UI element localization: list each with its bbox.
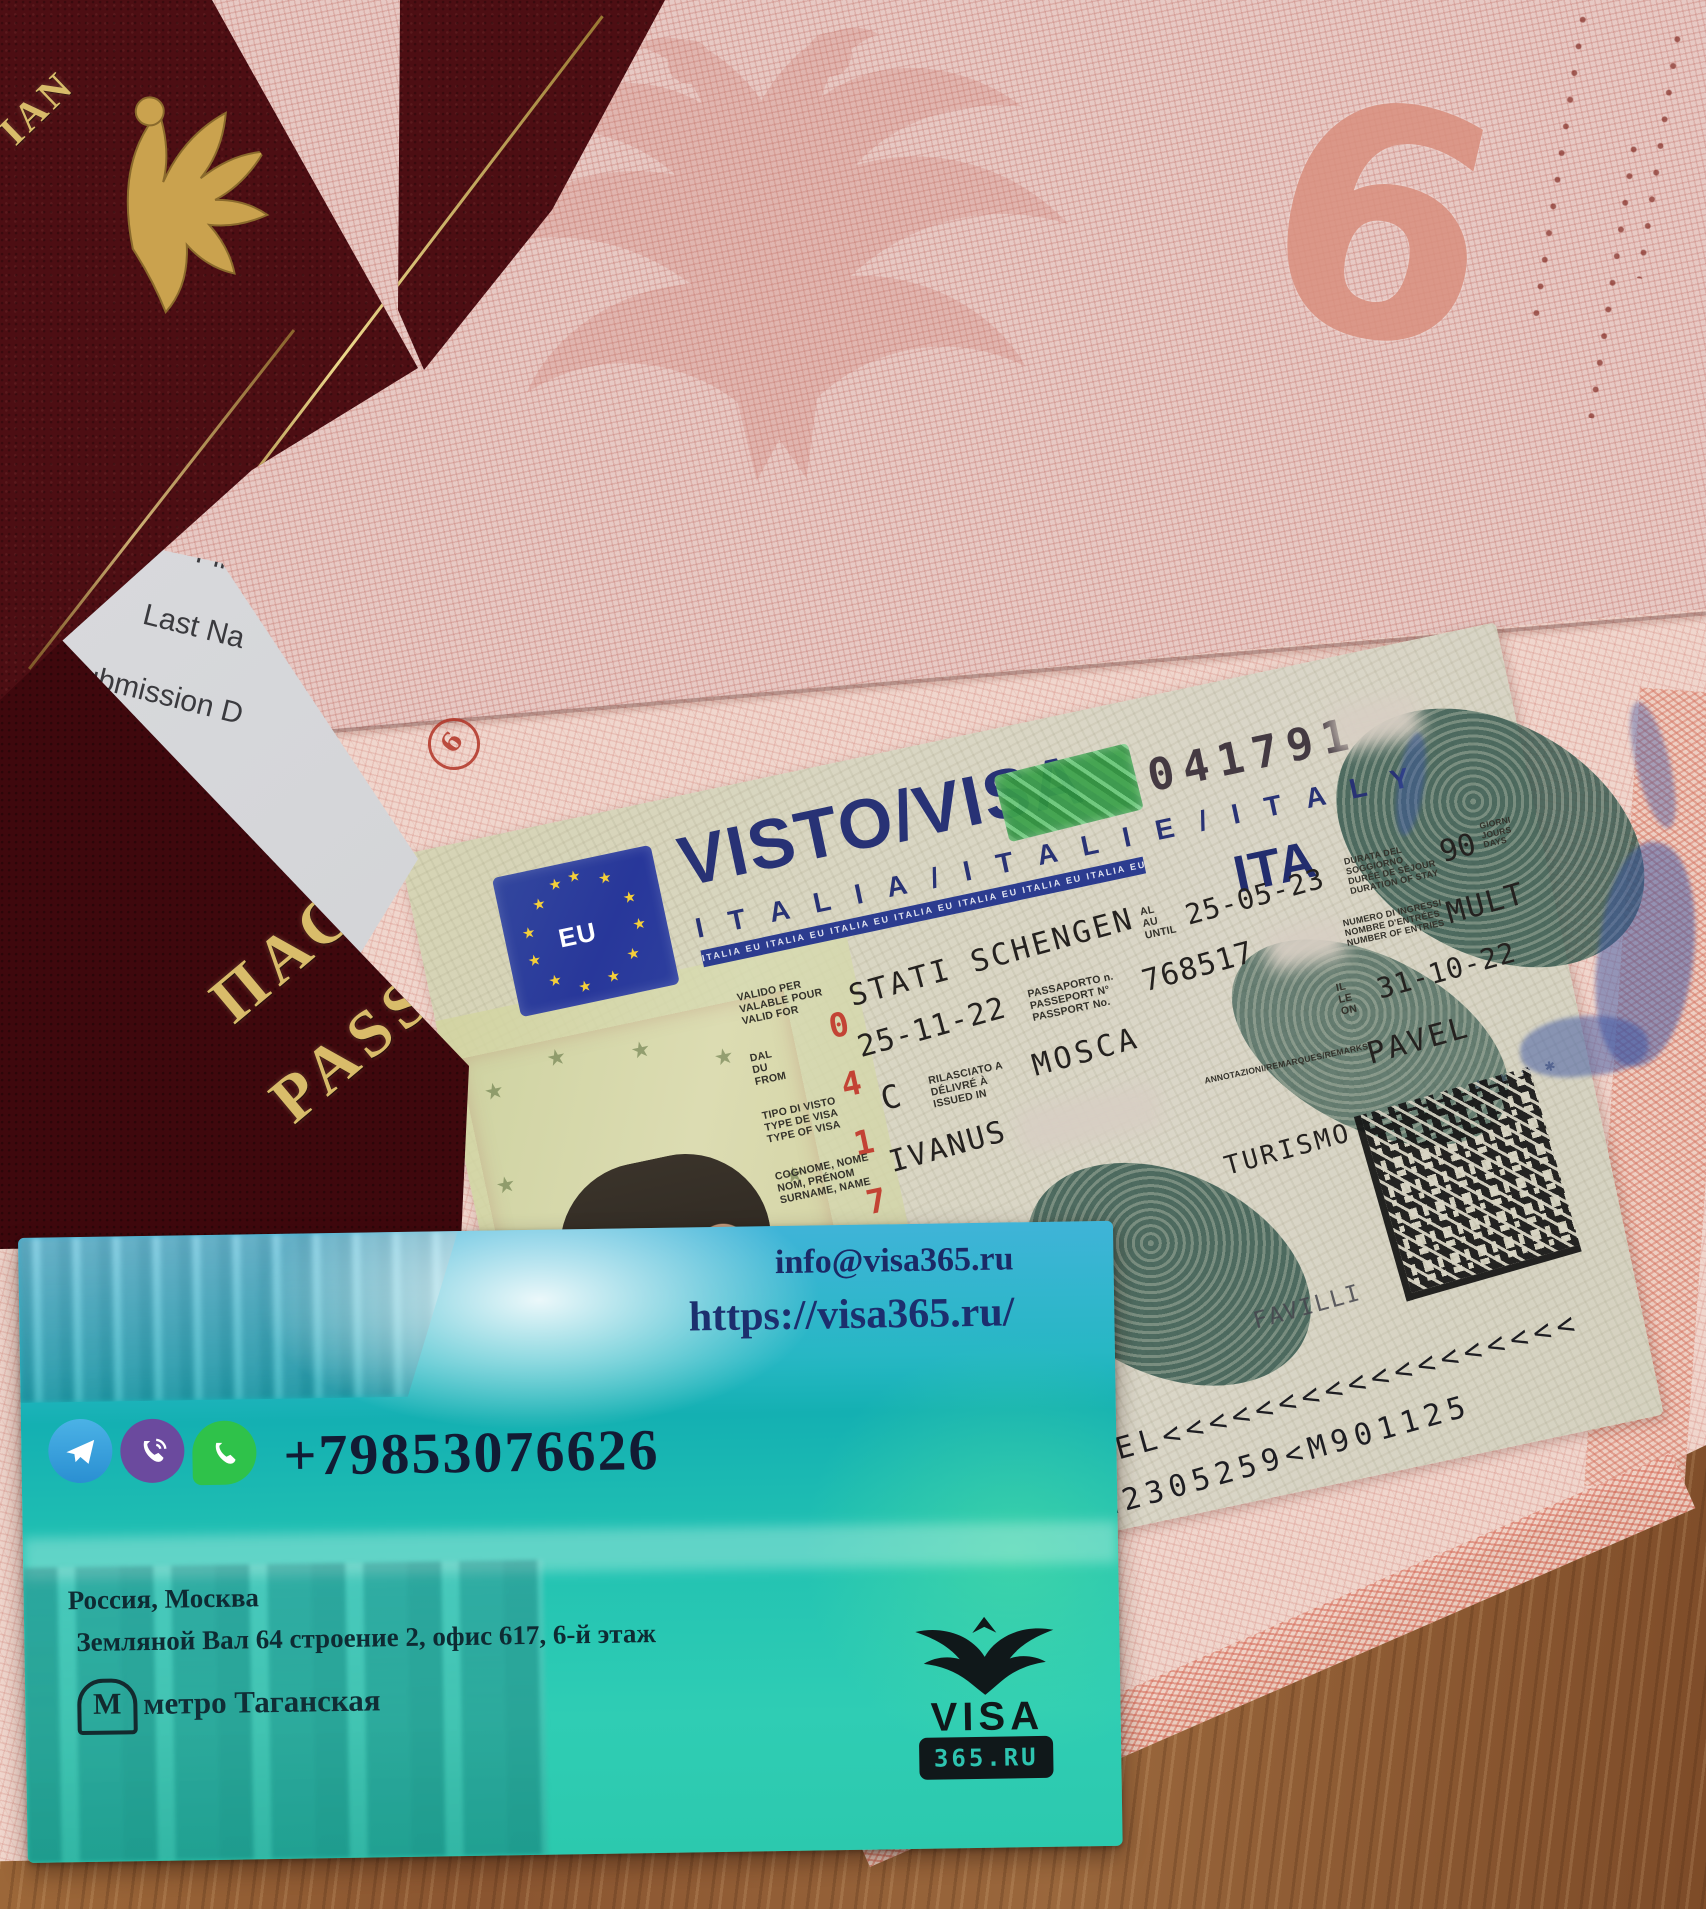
visa365-business-card: info@visa365.ru https://visa365.ru/ +798… bbox=[18, 1221, 1123, 1863]
eu-star-icon: ★ bbox=[544, 1043, 569, 1073]
eu-star-icon: ★ bbox=[625, 943, 642, 963]
metro-logo: М bbox=[77, 1678, 138, 1735]
logo-domain: 365.RU bbox=[919, 1736, 1054, 1780]
logo-word: VISA bbox=[930, 1694, 1044, 1741]
eu-star-icon: ★ bbox=[547, 970, 564, 990]
eu-star-icon: ★ bbox=[712, 1042, 737, 1072]
viber-icon bbox=[120, 1418, 185, 1483]
eu-star-icon: ★ bbox=[577, 976, 594, 996]
photo-scene: 6 6 ★ ★ ★ ★ ★ ★ ★ ★ ★ ★ ★ ★ EU VISTO/VIS… bbox=[0, 0, 1706, 1909]
metro-station: метро Таганская bbox=[143, 1682, 381, 1722]
slip-last-name-label: Last Na bbox=[139, 598, 248, 656]
card-website: https://visa365.ru/ bbox=[688, 1288, 1014, 1341]
whatsapp-icon bbox=[192, 1420, 257, 1485]
eu-star-icon: ★ bbox=[531, 894, 548, 914]
eu-star-icon: ★ bbox=[566, 866, 583, 886]
eu-star-icon: ★ bbox=[621, 887, 638, 907]
eu-star-icon: ★ bbox=[628, 1035, 653, 1065]
card-address-line1: Россия, Москва bbox=[67, 1582, 259, 1616]
eu-star-icon: ★ bbox=[631, 914, 648, 934]
card-email: info@visa365.ru bbox=[775, 1240, 1014, 1282]
eu-star-icon: ★ bbox=[526, 950, 543, 970]
telegram-icon bbox=[48, 1419, 113, 1484]
visa365-eagle-logo bbox=[909, 1610, 1060, 1696]
eu-star-icon: ★ bbox=[493, 1170, 518, 1200]
eu-star-icon: ★ bbox=[547, 874, 564, 894]
eu-star-icon: ★ bbox=[520, 923, 537, 943]
eu-star-icon: ★ bbox=[482, 1077, 507, 1107]
card-phone-number: +79853076626 bbox=[283, 1416, 660, 1489]
eu-star-icon: ★ bbox=[605, 966, 622, 986]
metro-letter: М bbox=[93, 1687, 122, 1720]
eu-label: EU bbox=[556, 916, 600, 954]
eu-star-icon: ★ bbox=[597, 868, 614, 888]
